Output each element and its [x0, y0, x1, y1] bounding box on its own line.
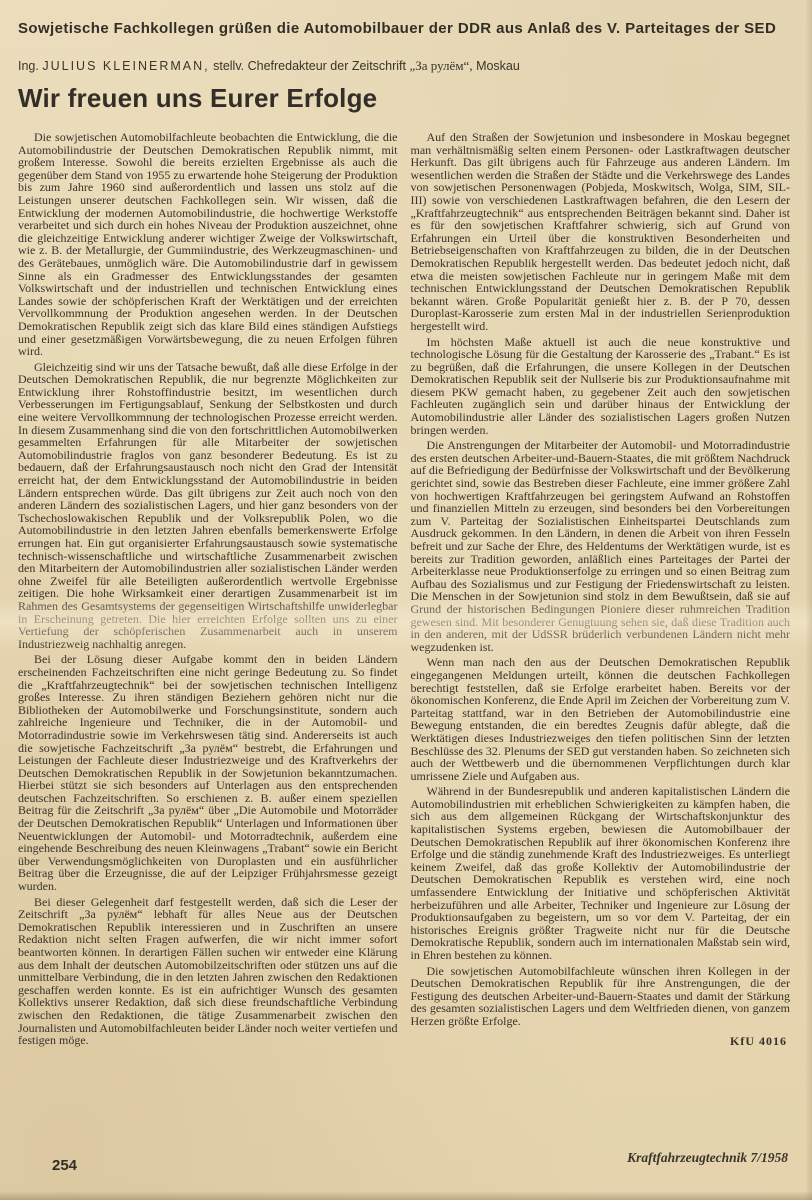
article-body: Die sowjetischen Automobilfachleute beob…	[18, 131, 790, 1047]
author-name: JULIUS KLEINERMAN,	[42, 59, 209, 73]
page-edge-shadow	[0, 1191, 812, 1200]
right-column: Auf den Straßen der Sowjetunion und insb…	[411, 131, 791, 1047]
magazine-page: Sowjetische Fachkollegen grüßen die Auto…	[0, 0, 812, 1200]
article-title: Wir freuen uns Eurer Erfolge	[18, 83, 790, 114]
paragraph: Die sowjetischen Automobilfachleute wüns…	[411, 965, 791, 1028]
kicker-headline: Sowjetische Fachkollegen grüßen die Auto…	[18, 20, 790, 37]
page-edge-shadow-right	[805, 0, 812, 1200]
journal-name-cyrillic: „За рулём“,	[410, 58, 473, 73]
paragraph: Wenn man nach den aus der Deutschen Demo…	[411, 656, 791, 782]
byline: Ing. JULIUS KLEINERMAN, stellv. Chefreda…	[18, 58, 790, 74]
paragraph: Die Anstrengungen der Mitarbeiter der Au…	[411, 439, 791, 653]
paragraph: Bei dieser Gelegenheit darf festgestellt…	[18, 896, 398, 1047]
paragraph: Die sowjetischen Automobilfachleute beob…	[18, 131, 398, 358]
left-column: Die sowjetischen Automobilfachleute beob…	[18, 131, 398, 1047]
byline-role: stellv. Chefredakteur der Zeitschrift	[213, 59, 406, 73]
byline-prefix: Ing.	[18, 59, 39, 73]
page-number: 254	[52, 1157, 77, 1174]
paragraph: Im höchsten Maße aktuell ist auch die ne…	[411, 336, 791, 437]
byline-city: Moskau	[476, 59, 520, 73]
paragraph: Bei der Lösung dieser Aufgabe kommt den …	[18, 653, 398, 892]
paragraph: Gleichzeitig sind wir uns der Tatsache b…	[18, 361, 398, 651]
journal-footer: Kraftfahrzeugtechnik 7/1958	[627, 1150, 788, 1166]
paragraph: Auf den Straßen der Sowjetunion und insb…	[411, 131, 791, 333]
paragraph: Während in der Bundesrepublik und andere…	[411, 785, 791, 961]
